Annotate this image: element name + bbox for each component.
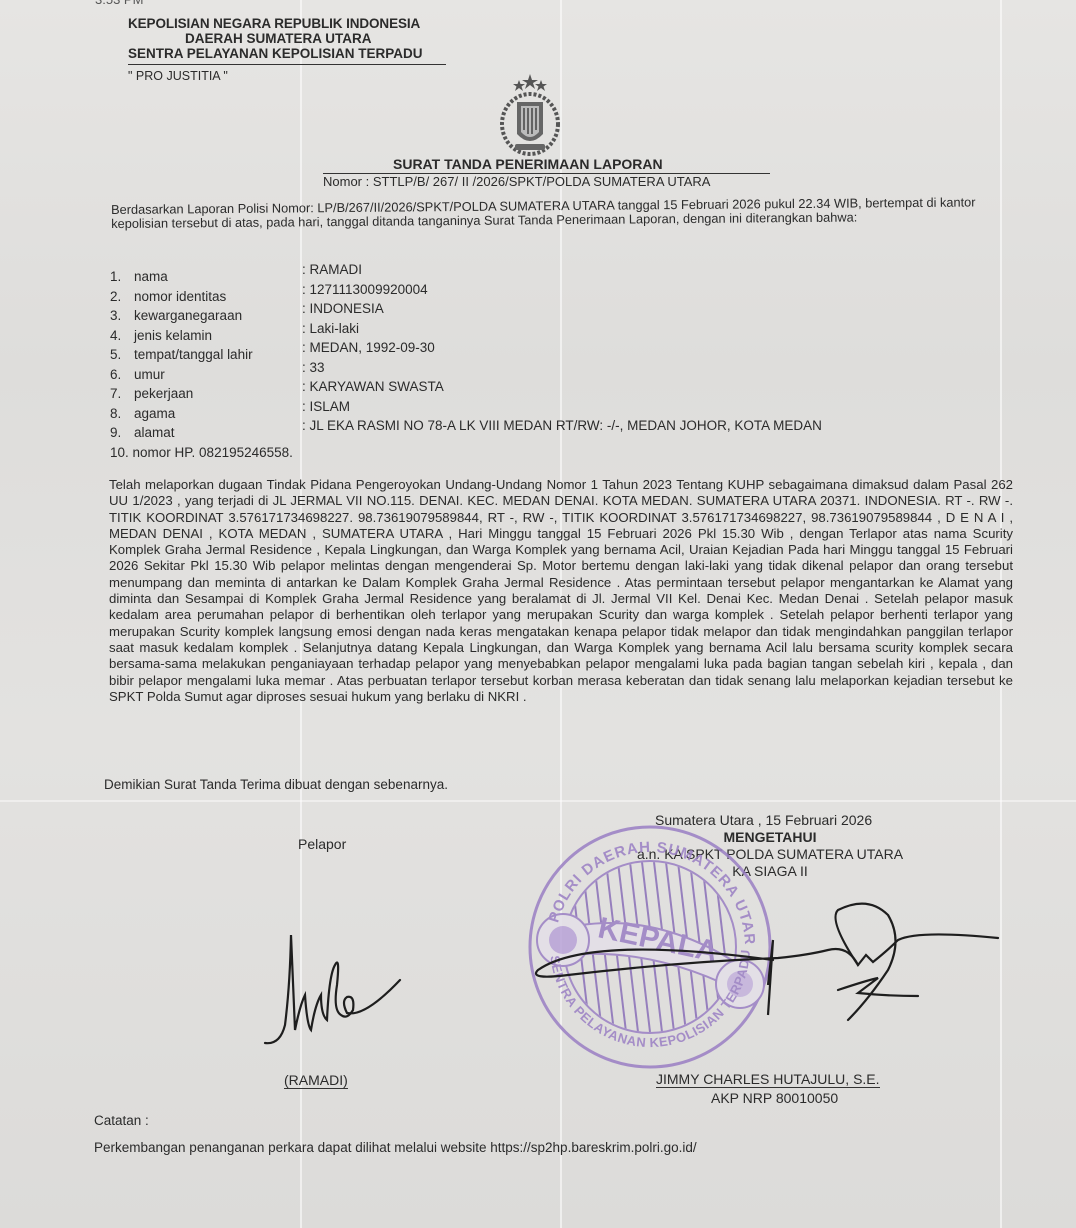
reporter-signature-icon — [255, 925, 405, 1055]
field-label: nama — [134, 269, 168, 284]
field-number: 4. — [110, 328, 130, 343]
field-label: pekerjaan — [134, 386, 193, 401]
letterhead-line2: DAERAH SUMATERA UTARA — [128, 31, 448, 46]
letterhead-line1: KEPOLISIAN NEGARA REPUBLIK INDONESIA — [128, 16, 448, 31]
document-number: Nomor : STTLP/B/ 267/ II /2026/SPKT/POLD… — [323, 174, 770, 189]
field-value: : RAMADI — [302, 262, 362, 277]
phone-line: 10. nomor HP. 082195246558. — [110, 445, 293, 460]
note-label: Catatan : — [94, 1113, 149, 1128]
field-number: 7. — [110, 386, 130, 401]
field-value: : Laki-laki — [302, 321, 359, 336]
pro-justitia: " PRO JUSTITIA " — [128, 69, 448, 83]
reporter-name: (RAMADI) — [284, 1072, 348, 1089]
officer-rank: AKP NRP 80010050 — [711, 1090, 838, 1106]
document-title-block: SURAT TANDA PENERIMAAN LAPORAN Nomor : S… — [323, 156, 770, 189]
note-text: Perkembangan penanganan perkara dapat di… — [94, 1140, 697, 1155]
corner-time: 3:53 PM — [95, 0, 143, 7]
report-body: Telah melaporkan dugaan Tindak Pidana Pe… — [109, 477, 1013, 705]
field-number: 1. — [110, 269, 130, 284]
field-label: kewarganegaraan — [134, 308, 242, 323]
field-label: nomor identitas — [134, 289, 226, 304]
closing-statement: Demikian Surat Tanda Terima dibuat denga… — [104, 777, 448, 792]
polri-emblem-icon — [495, 72, 565, 160]
letterhead: KEPOLISIAN NEGARA REPUBLIK INDONESIA DAE… — [128, 16, 448, 83]
reporter-label: Pelapor — [298, 836, 346, 852]
field-value: : KARYAWAN SWASTA — [302, 379, 444, 394]
field-label: umur — [134, 367, 165, 382]
field-value: : INDONESIA — [302, 301, 384, 316]
intro-paragraph: Berdasarkan Laporan Polisi Nomor: LP/B/2… — [111, 195, 991, 231]
field-value: : 1271113009920004 — [302, 282, 428, 297]
field-number: 2. — [110, 289, 130, 304]
paper-fold — [0, 800, 1076, 802]
field-value: : MEDAN, 1992-09-30 — [302, 340, 435, 355]
field-label: agama — [134, 406, 175, 421]
field-label: alamat — [134, 425, 175, 440]
officer-signature-icon — [528, 900, 1018, 1030]
field-value: : ISLAM — [302, 399, 350, 414]
field-label: tempat/tanggal lahir — [134, 347, 253, 362]
field-number: 8. — [110, 406, 130, 421]
field-number: 3. — [110, 308, 130, 323]
officer-name: JIMMY CHARLES HUTAJULU, S.E. — [656, 1071, 880, 1088]
letterhead-line3: SENTRA PELAYANAN KEPOLISIAN TERPADU — [128, 46, 446, 65]
field-number: 6. — [110, 367, 130, 382]
document-title: SURAT TANDA PENERIMAAN LAPORAN — [323, 156, 770, 174]
field-label: jenis kelamin — [134, 328, 212, 343]
field-value: : 33 — [302, 360, 325, 375]
field-number: 5. — [110, 347, 130, 362]
field-value: : JL EKA RASMI NO 78-A LK VIII MEDAN RT/… — [302, 418, 822, 433]
field-number: 9. — [110, 425, 130, 440]
police-report-receipt: 3:53 PM KEPOLISIAN NEGARA REPUBLIK INDON… — [0, 0, 1076, 1228]
